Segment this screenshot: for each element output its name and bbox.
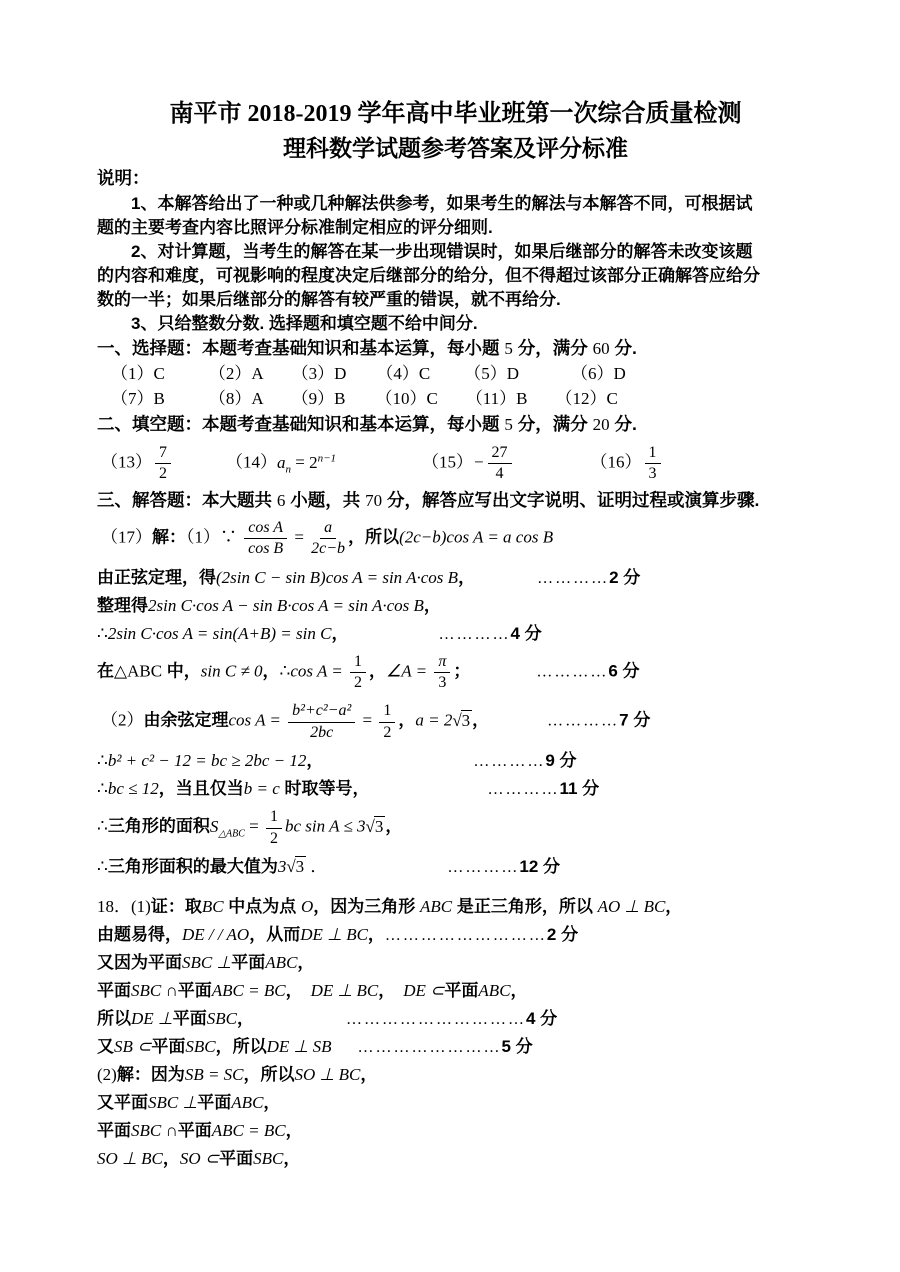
doc-line: 2、对计算题，当考生的解答在某一步出现错误时，如果后继部分的解答未改变该题 — [131, 240, 814, 264]
fraction: 12 — [266, 808, 282, 848]
doc-line: ∴b² + c² − 12 = bc ≥ 2bc − 12，…………9 分 — [97, 747, 814, 775]
doc-line: 平面SBC ∩平面ABC = BC，DE ⊥ BC，DE ⊂平面ABC， — [97, 977, 814, 1005]
doc-line: ∴三角形的面积S△ABC = 12bc sin A ≤ 3√3， — [97, 803, 814, 853]
doc-line: 说明： — [97, 166, 814, 192]
doc-line: 又平面SBC ⊥平面ABC， — [97, 1089, 814, 1117]
doc-line: 一、选择题：本题考查基础知识和基本运算，每小题 5 分，满分 60 分. — [97, 336, 814, 362]
radical: √3 — [452, 711, 472, 730]
doc-line: （17）解：（1）∵ cos Acos B = a2c−b，所以(2c−b)co… — [101, 514, 814, 564]
fraction: 13 — [645, 444, 661, 484]
answer-lines: 说明：1、本解答给出了一种或几种解法供参考，如果考生的解法与本解答不同，可根据试… — [97, 166, 814, 1173]
doc-title-line2: 理科数学试题参考答案及评分标准 — [97, 132, 814, 166]
fraction: a2c−b — [311, 519, 345, 559]
doc-line: 的内容和难度，可视影响的程度决定后继部分的给分，但不得超过该部分正确解答应给分 — [97, 264, 814, 288]
doc-line: 题的主要考查内容比照评分标准制定相应的评分细则. — [97, 216, 814, 240]
doc-line: 由题易得，DE / / AO，从而DE ⊥ BC，………………………2 分 — [97, 921, 814, 949]
doc-line: 又因为平面SBC ⊥平面ABC， — [97, 949, 814, 977]
doc-line: 3、只给整数分数. 选择题和填空题不给中间分. — [131, 312, 814, 336]
doc-line: 1、本解答给出了一种或几种解法供参考，如果考生的解法与本解答不同，可根据试 — [131, 192, 814, 216]
doc-line: SO ⊥ BC，SO ⊂平面SBC， — [97, 1145, 814, 1173]
doc-line: ∴2sin C·cos A = sin(A+B) = sin C，…………4 分 — [97, 620, 814, 648]
doc-line: 在△ABC 中，sin C ≠ 0，∴cos A = 12，∠A = π3；……… — [97, 648, 814, 698]
fraction: 12 — [350, 653, 366, 693]
fraction: 12 — [379, 702, 395, 742]
doc-line: 所以DE ⊥平面SBC，…………………………4 分 — [97, 1005, 814, 1033]
radical: √3 — [365, 817, 385, 836]
answer-document-page: 南平市 2018-2019 学年高中毕业班第一次综合质量检测 理科数学试题参考答… — [0, 0, 900, 1272]
doc-line: （2）由余弦定理cos A = b²+c²−a²2bc = 12，a = 2√3… — [101, 697, 814, 747]
doc-line: (2)解：因为SB = SC，所以SO ⊥ BC， — [97, 1061, 814, 1089]
radical: √3 — [286, 857, 306, 876]
doc-line: ∴三角形面积的最大值为3√3 ．…………12 分 — [97, 853, 814, 881]
doc-line: 数的一半；如果后继部分的解答有较严重的错误，就不再给分. — [97, 288, 814, 312]
doc-line: 由正弦定理，得(2sin C − sin B)cos A = sin A·cos… — [97, 564, 814, 592]
fraction: b²+c²−a²2bc — [288, 702, 355, 742]
fraction: 274 — [488, 444, 512, 484]
fraction: π3 — [434, 653, 450, 693]
fraction: 72 — [155, 444, 171, 484]
doc-line: 二、填空题：本题考查基础知识和基本运算，每小题 5 分，满分 20 分. — [97, 412, 814, 438]
doc-line: （1）C（2）A（3）D（4）C（5）D（6）D — [111, 362, 814, 387]
doc-line: 三、解答题：本大题共 6 小题，共 70 分，解答应写出文字说明、证明过程或演算… — [97, 488, 814, 514]
doc-line: （7）B（8）A（9）B（10）C（11）B（12）C — [111, 387, 814, 412]
doc-title-line1: 南平市 2018-2019 学年高中毕业班第一次综合质量检测 — [97, 96, 814, 132]
fraction: cos Acos B — [244, 519, 287, 559]
doc-line: （13）72（14）an = 2n−1（15）−274（16）13 — [101, 438, 814, 488]
doc-line: 又SB ⊂平面SBC，所以DE ⊥ SB……………………5 分 — [97, 1033, 814, 1061]
doc-line: 整理得2sin C·cos A − sin B·cos A = sin A·co… — [97, 592, 814, 620]
doc-line: ∴bc ≤ 12，当且仅当b = c 时取等号，…………11 分 — [97, 775, 814, 803]
doc-line: 平面SBC ∩平面ABC = BC， — [97, 1117, 814, 1145]
doc-line: 18．(1)证：取BC 中点为点 O，因为三角形 ABC 是正三角形，所以 AO… — [97, 893, 814, 921]
